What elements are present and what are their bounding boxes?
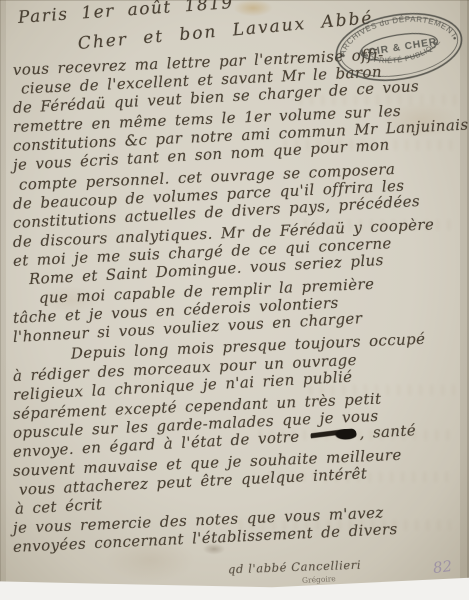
- scan-background: Paris 1er août 1819 Cher et bon Lavaux A…: [0, 0, 469, 600]
- letter-page: Paris 1er août 1819 Cher et bon Lavaux A…: [0, 0, 469, 592]
- letter-body: vous recevrez ma lettre par l'entremise …: [13, 61, 465, 557]
- page-number: 82: [432, 557, 453, 577]
- footer-annotation: qd l'abbé Cancellieri: [228, 558, 362, 577]
- crossed-out-word-ink-blot: [310, 428, 357, 441]
- footer-signature: Grégoire: [302, 574, 336, 585]
